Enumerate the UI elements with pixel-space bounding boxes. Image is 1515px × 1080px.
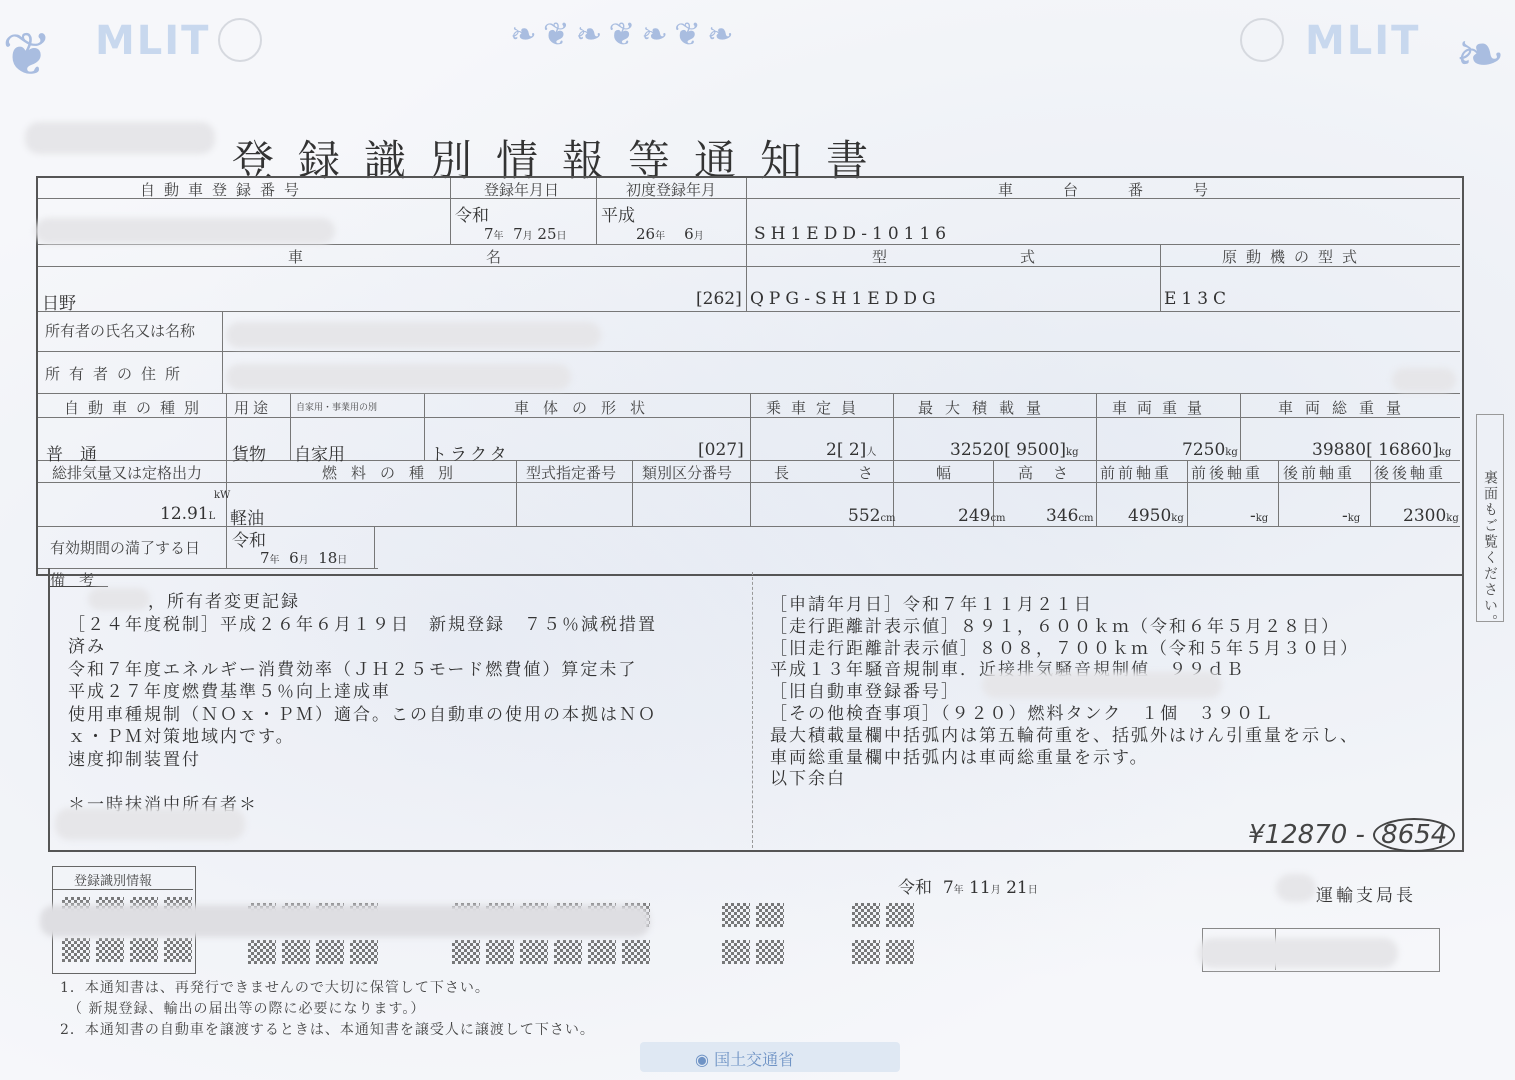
remarks-left-line: 速度抑制装置付 [68, 745, 201, 770]
label-owner-address: 所有者の住所 [45, 363, 189, 384]
footnote-line: （ 新規登録、輸出の届出等の際に必要になります。） [60, 998, 425, 1018]
label-width: 幅 [936, 462, 951, 483]
footnote-line: 2．本通知書の自動車を譲渡するときは、本通知書を譲受人に譲渡して下さい。 [60, 1019, 595, 1039]
ministry-footer: ◉ 国土交通省 [695, 1047, 794, 1070]
label-displacement: 総排気量又は定格出力 [52, 462, 202, 483]
ornament-left-icon: ❦ [2, 20, 52, 90]
footnote-line: 1．本通知書は、再発行できませんので大切に保管して下さい。 [60, 977, 490, 997]
label-model-1: 型 [872, 246, 887, 267]
remarks-divider [752, 572, 753, 848]
car-name: 日野 [42, 289, 76, 314]
max-load: 32520[ 9500]kg [950, 440, 1078, 460]
qr-box-label: 登録識別情報 [74, 870, 152, 889]
car-name-code: [262] [696, 289, 742, 309]
remarks-left-line: 平成２７年度燃費基準５％向上達成車 [68, 677, 391, 702]
remarks-right-line: 以下余白 [770, 764, 846, 789]
remarks-left-line: 済み [68, 632, 106, 657]
qr-codes-group-3-bottom [722, 940, 784, 964]
qr-codes-group-2-bottom [452, 940, 650, 964]
label-model-2: 式 [1020, 246, 1035, 267]
issue-date: 令和 7年 11月 21日 [898, 873, 1038, 898]
label-max-load: 最大積載量 [918, 397, 1053, 418]
expiry-date: 7年 6月 18日 [260, 549, 347, 567]
redacted-remarks-1 [88, 588, 150, 610]
label-category-number: 類別区分番号 [642, 462, 732, 483]
label-length-2: さ [858, 462, 873, 483]
redacted-previous-owner [55, 808, 245, 840]
label-vehicle-weight: 車両重量 [1112, 397, 1212, 418]
remarks-left-line: 使用車種規制（ＮＯｘ・ＰＭ）適合。この自動車の使用の本拠はＮＯ [68, 700, 657, 725]
model: QPG-SH1EDDG [750, 289, 941, 309]
label-body-shape: 車体の形状 [514, 397, 659, 418]
label-owner-name: 所有者の氏名又は名称 [45, 320, 195, 341]
side-note: 裏面もご覧ください。 [1480, 470, 1500, 630]
label-first-registration: 初度登録年月 [626, 179, 716, 200]
label-expiry: 有効期間の満了する日 [50, 537, 200, 558]
redacted-stamp [1198, 938, 1398, 968]
watermark-mlit-left: MLIT [95, 18, 210, 64]
issuer: 運輸支局長 [1316, 881, 1416, 906]
qr-codes-group-4-bottom [852, 940, 914, 964]
remarks-left-line: 令和７年度エネルギー消費効率（ＪＨ２５モード燃費値）算定未了 [68, 655, 637, 680]
redacted-owner-name [226, 322, 601, 348]
rr-axle: 2300kg [1403, 506, 1459, 526]
label-remarks: 備考 [50, 569, 108, 590]
ornament-top-icon: ❧❦❧❦❧❦❧ [510, 15, 740, 53]
length: 552cm [848, 506, 896, 526]
width: 249cm [958, 506, 1006, 526]
first-registration-era: 平成 [601, 201, 635, 226]
registration-date: 7年 7月 25日 [484, 225, 567, 243]
fr-axle: -kg [1250, 506, 1268, 526]
label-car-name-1: 車 [288, 246, 303, 267]
first-registration-date: 26年 6月 [636, 225, 704, 243]
label-gross-weight: 車両総重量 [1278, 397, 1413, 418]
redacted-qr-band [40, 905, 650, 937]
body-shape-code: [027] [698, 440, 744, 460]
label-chassis-number: 車台番号 [998, 179, 1258, 200]
label-type-designation: 型式指定番号 [526, 462, 616, 483]
remarks-left-line: ｘ・ＰＭ対策地域内です。 [68, 722, 295, 747]
label-registration-date: 登録年月日 [484, 179, 559, 200]
redacted-owner-address [226, 364, 571, 390]
label-length-1: 長 [774, 462, 789, 483]
remarks-left-line: ［２４年度税制］平成２６年６月１９日 新規登録 ７５％減税措置 [68, 610, 657, 635]
emblem-right-icon [1240, 18, 1284, 62]
displacement: 12.91L [160, 504, 215, 524]
label-ff-axle: 前前軸重 [1100, 462, 1172, 483]
expiry-era: 令和 [232, 526, 266, 551]
label-vehicle-type: 自動車の種別 [64, 397, 208, 418]
rf-axle: -kg [1342, 506, 1360, 526]
label-car-name-2: 名 [486, 246, 501, 267]
redacted-registration-number [35, 218, 335, 244]
qr-codes-box-bottom [62, 938, 192, 962]
label-rf-axle: 後前軸重 [1283, 462, 1355, 483]
ornament-right-icon: ❧ [1455, 20, 1505, 90]
qr-codes-group-1-bottom [248, 940, 378, 964]
qr-codes-group-4-top [852, 903, 914, 927]
gross-weight: 39880[ 16860]kg [1312, 440, 1451, 460]
label-rr-axle: 後後軸重 [1374, 462, 1446, 483]
label-registration-number: 自動車登録番号 [140, 179, 308, 200]
label-usage: 用途 [234, 397, 272, 418]
ministry-logo-icon: ◉ [695, 1050, 709, 1069]
handwritten-price: ¥12870 - 8654 [1248, 818, 1455, 852]
registration-date-era: 令和 [455, 201, 489, 226]
emblem-left-icon [218, 18, 262, 62]
label-fuel-type: 燃料の種別 [322, 462, 467, 483]
label-capacity: 乗車定員 [766, 397, 866, 418]
height: 346cm [1046, 506, 1094, 526]
engine-model: E13C [1164, 289, 1231, 309]
label-engine-model: 原動機の型式 [1222, 246, 1366, 267]
chassis-number: SH1EDD-10116 [754, 224, 951, 244]
vehicle-weight: 7250kg [1182, 440, 1238, 460]
capacity: 2[ 2]人 [826, 440, 876, 460]
redacted-bureau [1276, 874, 1316, 902]
label-private-business: 自家用・事業用の別 [296, 400, 377, 413]
qr-codes-group-3-top [722, 903, 784, 927]
document-paper: ❦ ❧ ❧❦❧❦❧❦❧ MLIT MLIT 登録識別情報等通知書 自動車登録番号… [0, 0, 1515, 1080]
label-height: 高さ [1018, 462, 1088, 483]
label-fr-axle: 前後軸重 [1191, 462, 1263, 483]
displacement-unit-kw: kW [214, 490, 230, 501]
redacted-address-end [1392, 368, 1456, 392]
redacted-office [25, 122, 215, 154]
remarks-left-line: ，所有者変更記録 [148, 587, 300, 612]
usage: 貨物 [232, 440, 266, 465]
watermark-mlit-right: MLIT [1305, 18, 1420, 64]
redacted-old-registration [982, 672, 1222, 698]
ff-axle: 4950kg [1128, 506, 1184, 526]
